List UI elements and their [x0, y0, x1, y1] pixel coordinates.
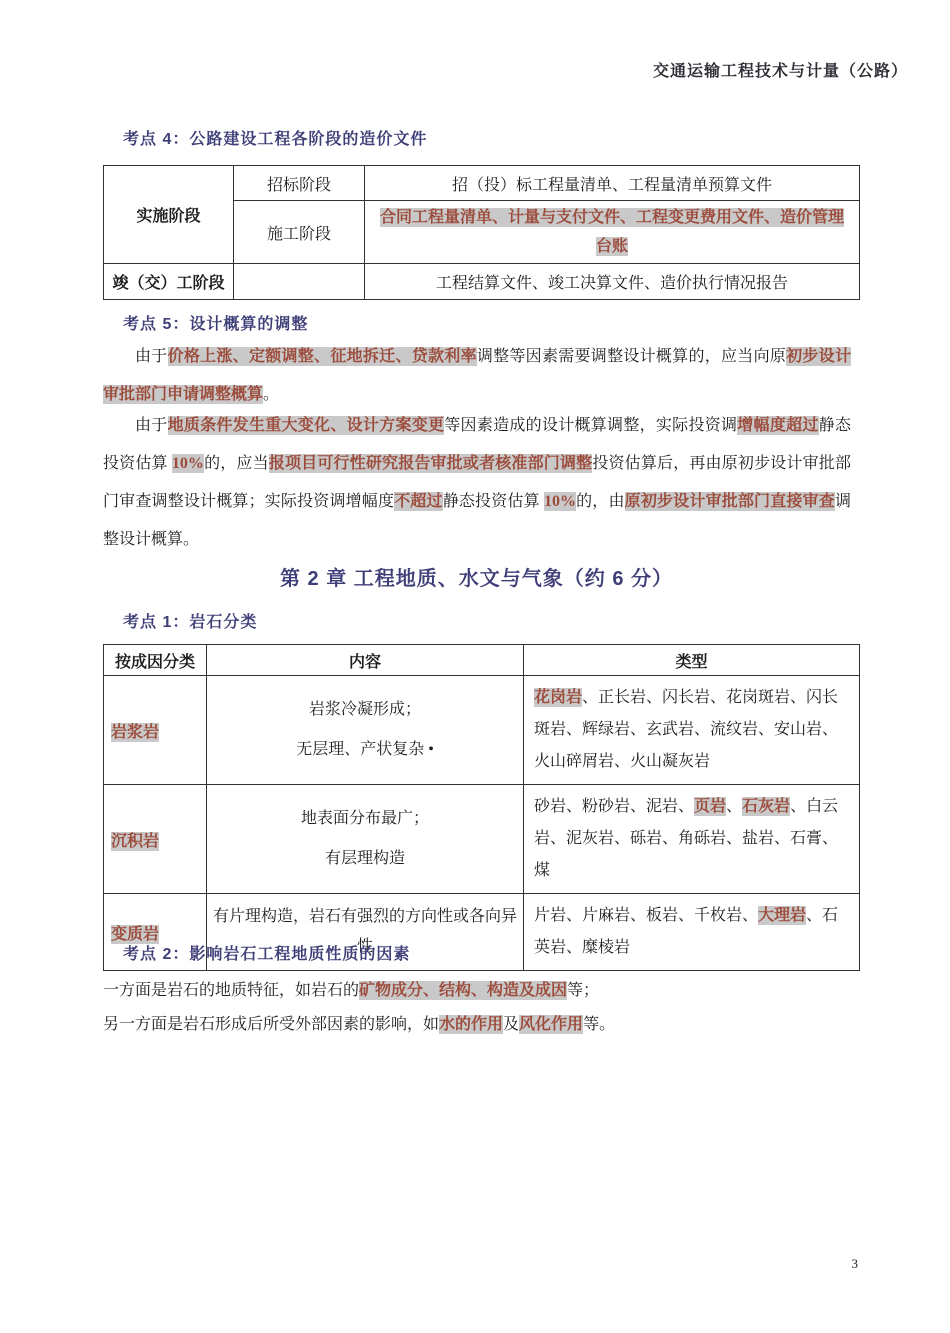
- documents-cell-completion: 工程结算文件、竣工决算文件、造价执行情况报告: [365, 264, 860, 300]
- substage-cell-empty: [234, 264, 365, 300]
- page-header-title: 交通运输工程技术与计量（公路）: [653, 58, 908, 81]
- heading-kaodian-1: 考点 1：岩石分类: [123, 609, 257, 632]
- rock-content-sedimentary: 地表面分布最广； 有层理构造: [207, 785, 524, 894]
- heading-kaodian-5: 考点 5：设计概算的调整: [123, 311, 308, 334]
- document-page: 交通运输工程技术与计量（公路） 考点 4：公路建设工程各阶段的造价文件 实施阶段…: [0, 0, 950, 1333]
- rock-content-igneous: 岩浆冷凝形成； 无层理、产状复杂 •: [207, 676, 524, 785]
- page-number: 3: [852, 1256, 859, 1272]
- column-header-type: 类型: [524, 645, 860, 676]
- paragraph-budget-adjust-2: 由于地质条件发生重大变化、设计方案变更等因素造成的设计概算调整，实际投资调增幅度…: [103, 407, 851, 559]
- rock-label-igneous: 岩浆岩: [111, 723, 159, 742]
- cost-documents-table: 实施阶段 招标阶段 招（投）标工程量清单、工程量清单预算文件 施工阶段 合同工程…: [103, 165, 860, 300]
- table-row: 竣（交）工阶段 工程结算文件、竣工决算文件、造价执行情况报告: [104, 264, 860, 300]
- heading-kaodian-2: 考点 2：影响岩石工程地质性质的因素: [123, 941, 410, 964]
- rock-types-sedimentary: 砂岩、粉砂岩、泥岩、页岩、石灰岩、白云岩、泥灰岩、砾岩、角砾岩、盐岩、石膏、煤: [524, 785, 860, 894]
- table-row-sedimentary: 沉积岩 地表面分布最广； 有层理构造 砂岩、粉砂岩、泥岩、页岩、石灰岩、白云岩、…: [104, 785, 860, 894]
- stage-cell-implementation: 实施阶段: [104, 166, 234, 264]
- heading-kaodian-4: 考点 4：公路建设工程各阶段的造价文件: [123, 126, 427, 149]
- column-header-genesis: 按成因分类: [104, 645, 207, 676]
- table-row-igneous: 岩浆岩 岩浆冷凝形成； 无层理、产状复杂 • 花岗岩、正长岩、闪长岩、花岗斑岩、…: [104, 676, 860, 785]
- chapter-2-title: 第 2 章 工程地质、水文与气象（约 6 分）: [103, 562, 850, 591]
- rock-label-cell: 岩浆岩: [104, 676, 207, 785]
- table-header-row: 按成因分类 内容 类型: [104, 645, 860, 676]
- substage-cell-bidding: 招标阶段: [234, 166, 365, 201]
- rock-label-sedimentary: 沉积岩: [111, 832, 159, 851]
- documents-cell-bidding: 招（投）标工程量清单、工程量清单预算文件: [365, 166, 860, 201]
- documents-cell-construction: 合同工程量清单、计量与支付文件、工程变更费用文件、造价管理台账: [365, 201, 860, 264]
- factor-line-geological: 一方面是岩石的地质特征，如岩石的矿物成分、结构、构造及成因等；: [103, 977, 599, 1000]
- factor-line-external: 另一方面是岩石形成后所受外部因素的影响，如水的作用及风化作用等。: [103, 1011, 615, 1034]
- rock-label-cell: 沉积岩: [104, 785, 207, 894]
- rock-types-igneous: 花岗岩、正长岩、闪长岩、花岗斑岩、闪长斑岩、辉绿岩、玄武岩、流纹岩、安山岩、火山…: [524, 676, 860, 785]
- table-row: 实施阶段 招标阶段 招（投）标工程量清单、工程量清单预算文件: [104, 166, 860, 201]
- stage-cell-completion: 竣（交）工阶段: [104, 264, 234, 300]
- paragraph-budget-adjust-1: 由于价格上涨、定额调整、征地拆迁、贷款利率调整等因素需要调整设计概算的，应当向原…: [103, 338, 851, 414]
- rock-types-metamorphic: 片岩、片麻岩、板岩、千枚岩、大理岩、石英岩、糜棱岩: [524, 894, 860, 971]
- substage-cell-construction: 施工阶段: [234, 201, 365, 264]
- rock-classification-table: 按成因分类 内容 类型 岩浆岩 岩浆冷凝形成； 无层理、产状复杂 • 花岗岩、正…: [103, 644, 860, 971]
- column-header-content: 内容: [207, 645, 524, 676]
